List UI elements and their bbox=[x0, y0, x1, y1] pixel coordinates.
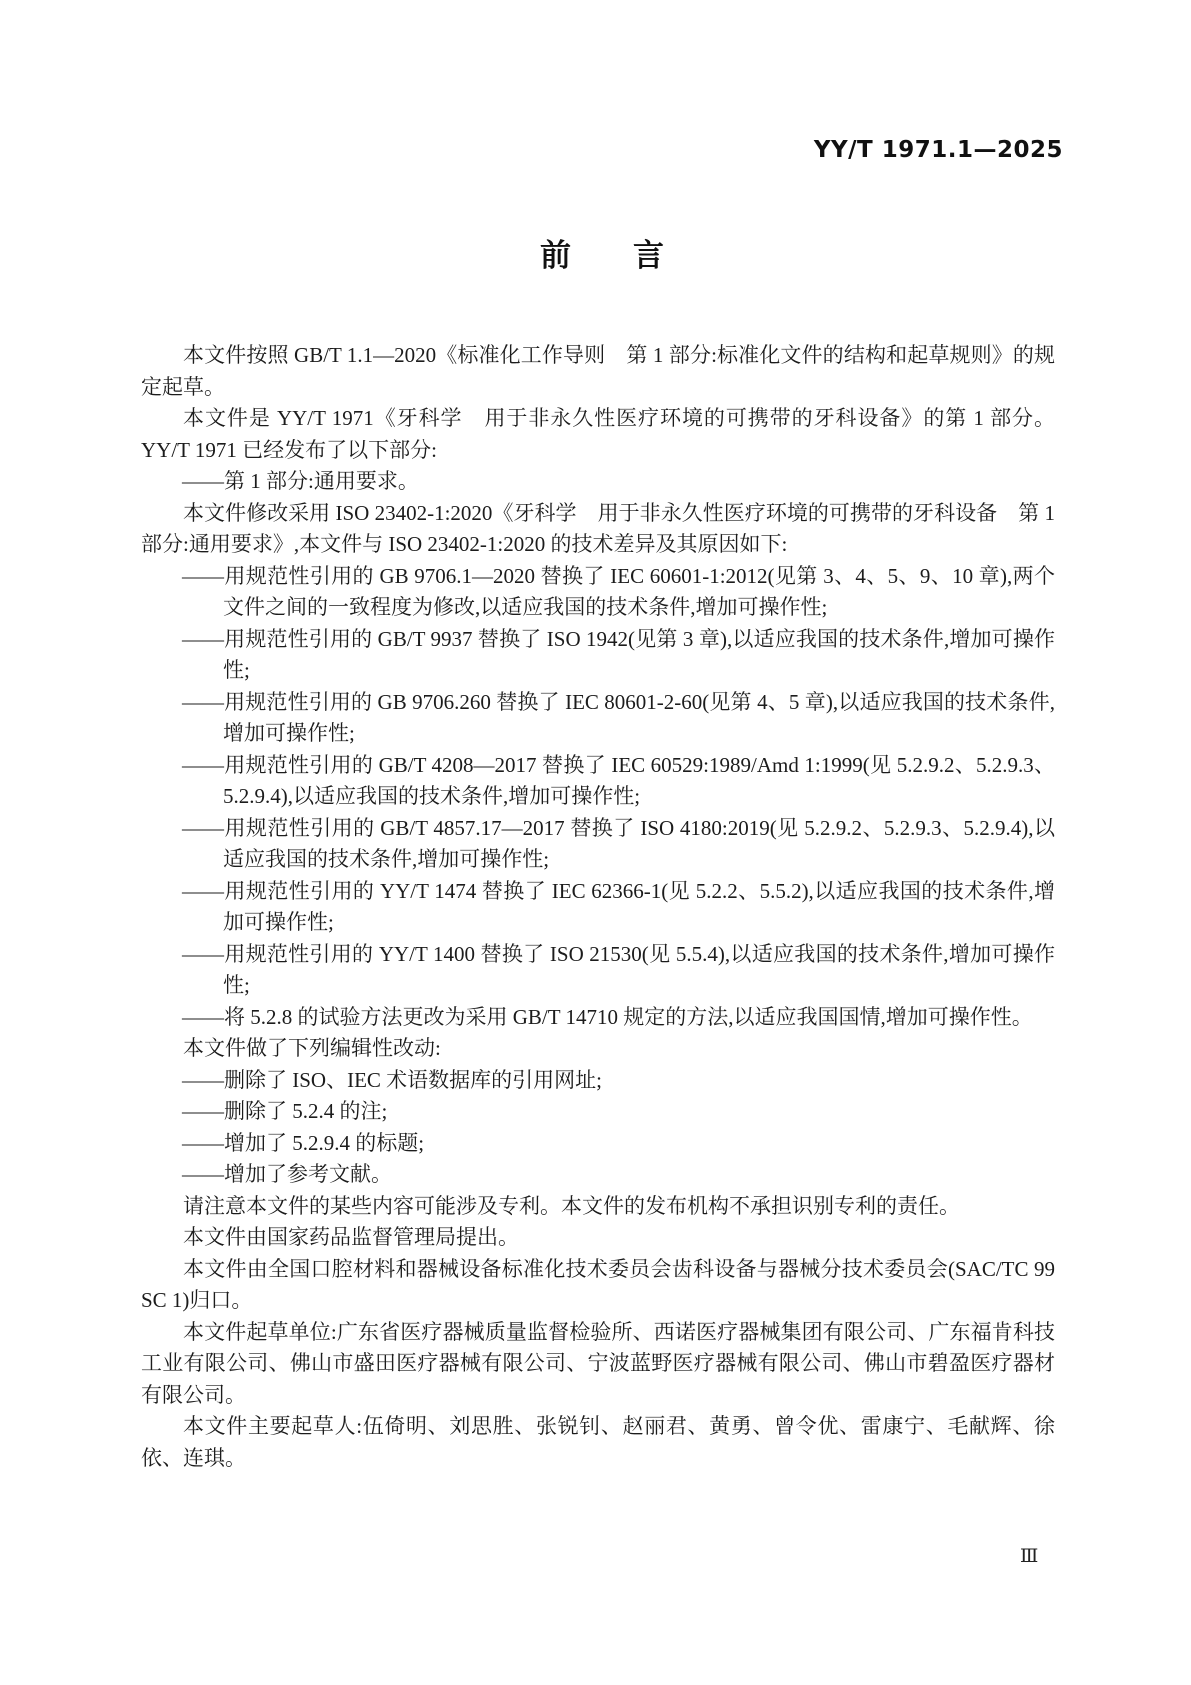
foreword-paragraph: 本文件由全国口腔材料和器械设备标准化技术委员会齿科设备与器械分技术委员会(SAC… bbox=[141, 1254, 1055, 1317]
foreword-paragraph: ——用规范性引用的 GB 9706.260 替换了 IEC 80601-2-60… bbox=[141, 687, 1055, 750]
standard-number: YY/T 1971.1—2025 bbox=[814, 137, 1063, 163]
foreword-paragraph: ——增加了参考文献。 bbox=[141, 1159, 1055, 1191]
foreword-paragraph: ——用规范性引用的 GB 9706.1—2020 替换了 IEC 60601-1… bbox=[141, 561, 1055, 624]
page-number: Ⅲ bbox=[1020, 1546, 1038, 1567]
page-footer: Ⅲ bbox=[1020, 1545, 1038, 1568]
foreword-paragraph: ——用规范性引用的 YY/T 1474 替换了 IEC 62366-1(见 5.… bbox=[141, 876, 1055, 939]
foreword-paragraph: ——用规范性引用的 GB/T 4208—2017 替换了 IEC 60529:1… bbox=[141, 750, 1055, 813]
foreword-paragraph: 本文件修改采用 ISO 23402-1:2020《牙科学 用于非永久性医疗环境的… bbox=[141, 498, 1055, 561]
foreword-paragraph: ——用规范性引用的 YY/T 1400 替换了 ISO 21530(见 5.5.… bbox=[141, 939, 1055, 1002]
foreword-paragraph: 本文件是 YY/T 1971《牙科学 用于非永久性医疗环境的可携带的牙科设备》的… bbox=[141, 403, 1055, 466]
foreword-paragraph: ——增加了 5.2.9.4 的标题; bbox=[141, 1128, 1055, 1160]
document-page: YY/T 1971.1—2025 前 言 本文件按照 GB/T 1.1—2020… bbox=[0, 0, 1191, 1685]
foreword-body: 本文件按照 GB/T 1.1—2020《标准化工作导则 第 1 部分:标准化文件… bbox=[141, 340, 1055, 1474]
foreword-paragraph: 本文件由国家药品监督管理局提出。 bbox=[141, 1222, 1055, 1254]
foreword-paragraph: 本文件按照 GB/T 1.1—2020《标准化工作导则 第 1 部分:标准化文件… bbox=[141, 340, 1055, 403]
foreword-paragraph: 本文件起草单位:广东省医疗器械质量监督检验所、西诺医疗器械集团有限公司、广东福肯… bbox=[141, 1317, 1055, 1412]
foreword-paragraph: 本文件主要起草人:伍倚明、刘思胜、张锐钊、赵丽君、黄勇、曾令优、雷康宁、毛献辉、… bbox=[141, 1411, 1055, 1474]
foreword-paragraph: ——将 5.2.8 的试验方法更改为采用 GB/T 14710 规定的方法,以适… bbox=[141, 1002, 1055, 1034]
foreword-title: 前 言 bbox=[141, 238, 1063, 274]
foreword-paragraph: ——用规范性引用的 GB/T 9937 替换了 ISO 1942(见第 3 章)… bbox=[141, 624, 1055, 687]
foreword-paragraph: ——第 1 部分:通用要求。 bbox=[141, 466, 1055, 498]
foreword-paragraph: 请注意本文件的某些内容可能涉及专利。本文件的发布机构不承担识别专利的责任。 bbox=[141, 1191, 1055, 1223]
foreword-paragraph: ——用规范性引用的 GB/T 4857.17—2017 替换了 ISO 4180… bbox=[141, 813, 1055, 876]
foreword-paragraph: 本文件做了下列编辑性改动: bbox=[141, 1033, 1055, 1065]
foreword-paragraph: ——删除了 ISO、IEC 术语数据库的引用网址; bbox=[141, 1065, 1055, 1097]
foreword-paragraph: ——删除了 5.2.4 的注; bbox=[141, 1096, 1055, 1128]
document-header: YY/T 1971.1—2025 bbox=[141, 137, 1063, 163]
